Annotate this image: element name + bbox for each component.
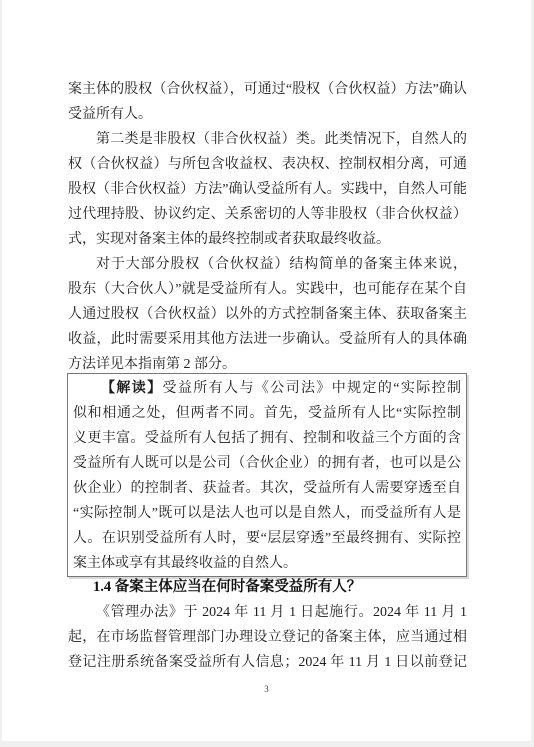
- text-line: 式，实现对备案主体的最终控制或者获取最终收益。: [68, 227, 467, 252]
- text-line: 《管理办法》于 2024 年 11 月 1 日起施行。2024 年 11 月 1…: [68, 600, 467, 625]
- text-line: 义更丰富。受益所有人包括了拥有、控制和收益三个方面的含义，: [73, 426, 461, 451]
- text-line: 受益所有人既可以是公司（合伙企业）的拥有者，也可以是公司（合: [73, 451, 461, 476]
- text-line: 案主体的股权（合伙权益），可通过“股权（合伙权益）方法”确认: [68, 77, 467, 102]
- text-line: 股东（大合伙人）”就是受益所有人。实践中，也可能存在某个自然: [68, 277, 467, 302]
- section-heading-1-4: 1.4 备案主体应当在何时备案受益所有人？: [68, 575, 467, 600]
- paragraph-continuation: 案主体的股权（合伙权益），可通过“股权（合伙权益）方法”确认 受益所有人。: [68, 77, 467, 127]
- interpretation-label: 【解读】: [101, 381, 163, 396]
- viewport-background: 案主体的股权（合伙权益），可通过“股权（合伙权益）方法”确认 受益所有人。 第二…: [0, 0, 534, 747]
- text-line: 股权（非合伙权益）方法”确认受益所有人。实践中，自然人可能通: [68, 177, 467, 202]
- text-line: 人。在识别受益所有人时，要“层层穿透”至最终拥有、实际控制备: [73, 526, 461, 551]
- text-line: 案主体或享有其最终收益的自然人。: [73, 551, 461, 576]
- text-line: “实际控制人”既可以是法人也可以是自然人，而受益所有人是自然: [73, 501, 461, 526]
- text-line: 权（合伙权益）与所包含收益权、表决权、控制权相分离，可通过“非: [68, 152, 467, 177]
- document-page: 案主体的股权（合伙权益），可通过“股权（合伙权益）方法”确认 受益所有人。 第二…: [2, 0, 531, 741]
- paragraph-non-equity-type: 第二类是非股权（非合伙权益）类。此类情况下，自然人的股 权（合伙权益）与所包含收…: [68, 127, 467, 252]
- text-line: 收益，此时需要采用其他方法进一步确认。受益所有人的具体确认: [68, 327, 467, 352]
- document-body: 案主体的股权（合伙权益），可通过“股权（合伙权益）方法”确认 受益所有人。 第二…: [68, 77, 467, 675]
- text-line: 过代理持股、协议约定、关系密切的人等非股权（非合伙权益）方: [68, 202, 467, 227]
- paragraph-simple-structure: 对于大部分股权（合伙权益）结构简单的备案主体来说，其“大 股东（大合伙人）”就是…: [68, 252, 467, 377]
- text-line: 受益所有人。: [68, 102, 467, 127]
- text-line: 起，在市场监督管理部门办理设立登记的备案主体，应当通过相关: [68, 625, 467, 650]
- text-line: 似和相通之处，但两者不同。首先，受益所有人比“实际控制人”含: [73, 401, 461, 426]
- text-line: 人通过股权（合伙权益）以外的方式控制备案主体、获取备案主体: [68, 302, 467, 327]
- interpretation-box: 【解读】受益所有人与《公司法》中规定的“实际控制人”有类 似和相通之处，但两者不…: [67, 373, 467, 577]
- text-line: 伙企业）的控制者、获益者。其次，受益所有人需要穿透至自然人。: [73, 476, 461, 501]
- text-line: 第二类是非股权（非合伙权益）类。此类情况下，自然人的股: [68, 127, 467, 152]
- text-line: 登记注册系统备案受益所有人信息；2024 年 11 月 1 日以前登记注: [68, 650, 467, 675]
- text-line: 【解读】受益所有人与《公司法》中规定的“实际控制人”有类: [73, 376, 461, 401]
- paragraph-effective-date: 《管理办法》于 2024 年 11 月 1 日起施行。2024 年 11 月 1…: [68, 600, 467, 675]
- text-line: 对于大部分股权（合伙权益）结构简单的备案主体来说，其“大: [68, 252, 467, 277]
- page-number: 3: [2, 683, 531, 696]
